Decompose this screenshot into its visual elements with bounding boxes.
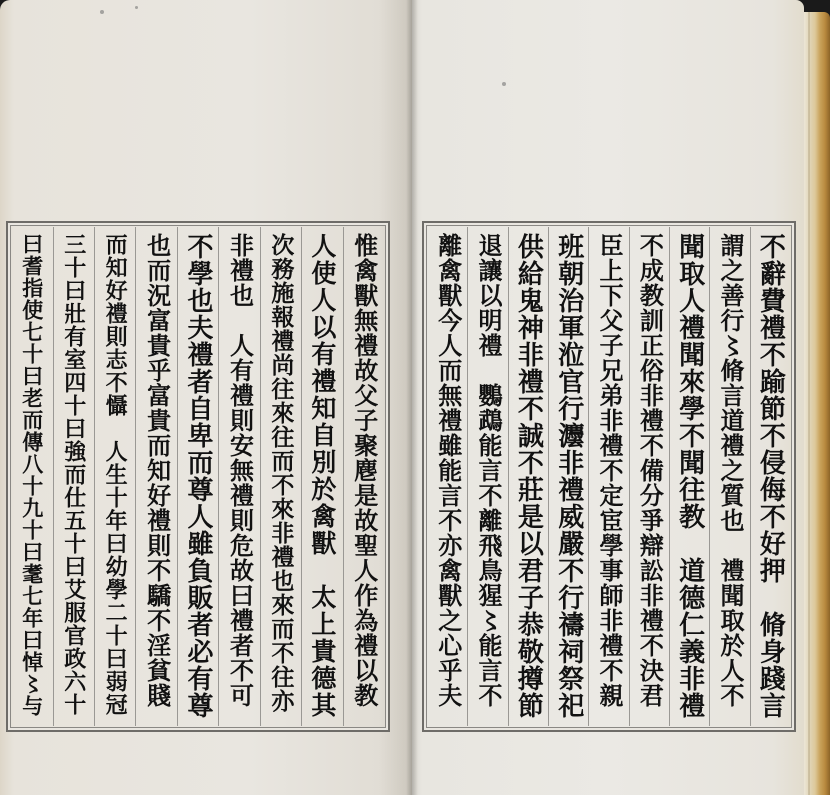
left-page-text-frame: 惟禽獸無禮故父子聚麀是故聖人作為禮以教 人使人以有禮知自別於禽獸 太上貴德其 次… — [6, 221, 390, 732]
paper-speck — [502, 82, 506, 86]
open-book: 惟禽獸無禮故父子聚麀是故聖人作為禮以教 人使人以有禮知自別於禽獸 太上貴德其 次… — [0, 0, 830, 795]
column-text: 惟禽獸無禮故父子聚麀是故聖人作為禮以教 — [352, 233, 376, 708]
column-text: 非禮也 人有禮則安無禮則危故曰禮者不可 — [227, 233, 251, 708]
book-gutter — [406, 0, 418, 795]
text-column: 聞取人禮聞來學不聞往教 道德仁義非禮 — [669, 227, 709, 726]
column-text: 人使人以有禮知自別於禽獸 太上貴德其 — [310, 233, 335, 719]
text-column: 臣上下父子兄弟非禮不定宦學事師非禮不親 — [588, 227, 628, 726]
column-text: 不成教訓正俗非禮不備分爭辯訟非禮不決君 — [637, 233, 661, 708]
column-text: 謂之善行〻脩言道禮之質也 禮聞取於人不 — [718, 233, 742, 708]
right-page-text-frame: 不辭費禮不踰節不侵侮不好押 脩身踐言 謂之善行〻脩言道禮之質也 禮聞取於人不 聞… — [422, 221, 796, 732]
text-column: 而知好禮則志不懾 人生十年曰幼學二十曰弱冠 — [94, 227, 135, 726]
column-text: 班朝治軍涖官行灋非禮威嚴不行禱祠祭祀 — [556, 233, 582, 719]
column-text: 而知好禮則志不懾 人生十年曰幼學二十曰弱冠 — [104, 233, 126, 716]
paper-speck — [135, 6, 138, 9]
column-text: 也而況富貴乎富貴而知好禮則不驕不淫貧賤 — [145, 233, 169, 708]
text-column: 三十曰壯有室四十曰強而仕五十曰艾服官政六十 — [53, 227, 94, 726]
text-column: 供給鬼神非禮不誠不莊是以君子恭敬撙節 — [508, 227, 548, 726]
column-text: 不辭費禮不踰節不侵侮不好押 脩身踐言 — [757, 233, 783, 719]
text-column: 也而況富貴乎富貴而知好禮則不驕不淫貧賤 — [135, 227, 176, 726]
text-column: 不成教訓正俗非禮不備分爭辯訟非禮不決君 — [629, 227, 669, 726]
text-column: 惟禽獸無禮故父子聚麀是故聖人作為禮以教 — [343, 227, 384, 726]
column-text: 退讓以明禮 鸚鵡能言不離飛鳥猩〻能言不 — [476, 233, 500, 708]
text-column: 謂之善行〻脩言道禮之質也 禮聞取於人不 — [709, 227, 749, 726]
text-column: 離禽獸今人而無禮雖能言不亦禽獸之心乎夫 — [428, 227, 467, 726]
column-text: 聞取人禮聞來學不聞往教 道德仁義非禮 — [677, 233, 703, 719]
text-column: 人使人以有禮知自別於禽獸 太上貴德其 — [301, 227, 342, 726]
text-column: 退讓以明禮 鸚鵡能言不離飛鳥猩〻能言不 — [467, 227, 507, 726]
text-column: 班朝治軍涖官行灋非禮威嚴不行禱祠祭祀 — [548, 227, 588, 726]
left-page-columns: 惟禽獸無禮故父子聚麀是故聖人作為禮以教 人使人以有禮知自別於禽獸 太上貴德其 次… — [12, 227, 384, 726]
text-column: 非禮也 人有禮則安無禮則危故曰禮者不可 — [218, 227, 259, 726]
text-column: 次務施報禮尚往來往而不來非禮也來而不往亦 — [260, 227, 301, 726]
column-text: 不學也夫禮者自卑而尊人雖負販者必有尊 — [185, 233, 211, 719]
column-text: 次務施報禮尚往來往而不來非禮也來而不往亦 — [269, 233, 292, 713]
column-text: 離禽獸今人而無禮雖能言不亦禽獸之心乎夫 — [436, 233, 460, 708]
column-text: 臣上下父子兄弟非禮不定宦學事師非禮不親 — [597, 233, 621, 708]
stacked-page-edges — [804, 12, 830, 795]
left-page: 惟禽獸無禮故父子聚麀是故聖人作為禮以教 人使人以有禮知自別於禽獸 太上貴德其 次… — [0, 0, 412, 795]
right-page-columns: 不辭費禮不踰節不侵侮不好押 脩身踐言 謂之善行〻脩言道禮之質也 禮聞取於人不 聞… — [428, 227, 790, 726]
column-text: 三十曰壯有室四十曰強而仕五十曰艾服官政六十 — [63, 233, 85, 716]
text-column: 不學也夫禮者自卑而尊人雖負販者必有尊 — [177, 227, 218, 726]
column-text: 供給鬼神非禮不誠不莊是以君子恭敬撙節 — [515, 233, 541, 719]
column-text: 曰耆指使七十曰老而傳八十九十曰耄七年曰悼〻与 — [22, 233, 43, 717]
text-column: 曰耆指使七十曰老而傳八十九十曰耄七年曰悼〻与 — [12, 227, 52, 726]
paper-speck — [100, 10, 104, 14]
text-column: 不辭費禮不踰節不侵侮不好押 脩身踐言 — [750, 227, 790, 726]
